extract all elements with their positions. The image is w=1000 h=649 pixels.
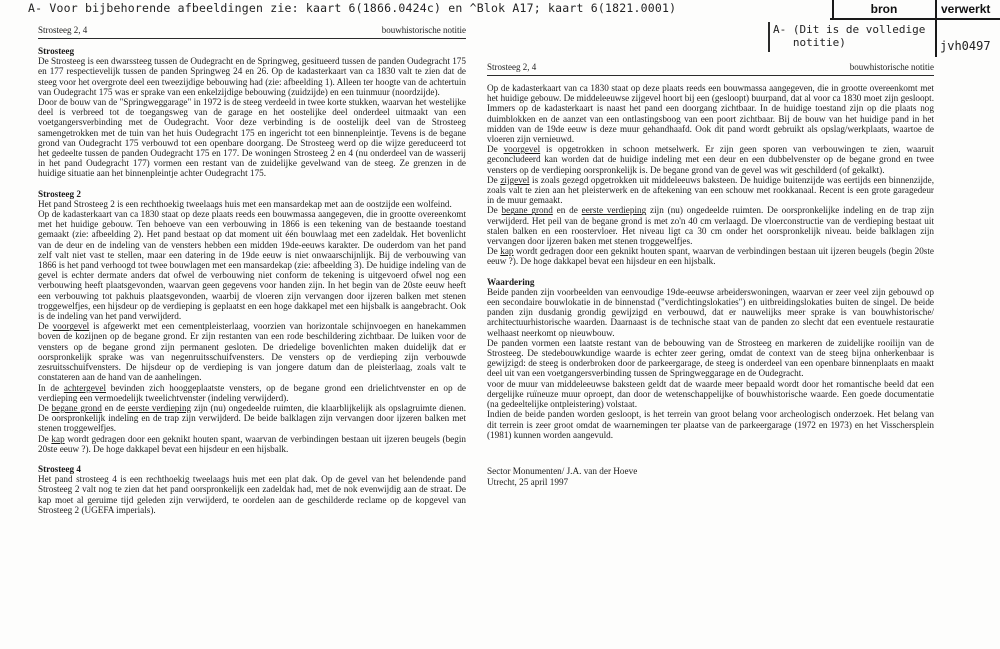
paragraph: Het pand Strosteeg 2 is een rechthoekig …: [38, 199, 466, 209]
stamp-note-line2: notitie): [773, 36, 846, 49]
paragraph: De begane grond en de eerste verdieping …: [38, 403, 466, 434]
paragraph: De panden vormen een laatste restant van…: [487, 338, 934, 379]
paragraph: In de achtergevel bevinden zich hooggepl…: [38, 383, 466, 403]
doc-type-left: bouwhistorische notitie: [382, 25, 466, 35]
paragraph: De kap wordt gedragen door een geknikt h…: [38, 434, 466, 454]
section-heading: Strosteeg: [38, 46, 466, 56]
left-column-body: StrosteegDe Strosteeg is een dwarssteeg …: [38, 46, 466, 515]
paragraph: Op de kadasterkaart van ca 1830 staat op…: [38, 209, 466, 321]
stamp-label-verwerkt: verwerkt: [941, 2, 990, 16]
paragraph: De voorgevel is opgetrokken in schoon me…: [487, 144, 934, 175]
paragraph: Indien de beide panden worden gesloopt, …: [487, 409, 934, 440]
doc-type-right: bouwhistorische notitie: [850, 62, 934, 72]
stamp-label-bron: bron: [834, 2, 934, 16]
paragraph: De voorgevel is afgewerkt met een cement…: [38, 321, 466, 382]
doc-title-right: Strosteeg 2, 4: [487, 62, 536, 72]
signature-date: Utrecht, 25 april 1997: [487, 477, 934, 488]
top-annotation: A- Voor bijbehorende afbeeldingen zie: k…: [28, 1, 676, 15]
signature-block: Sector Monumenten/ J.A. van der Hoeve Ut…: [487, 466, 934, 488]
paragraph: De zijgevel is zoals gezegd opgetrokken …: [487, 175, 934, 206]
paragraph: Het pand strosteeg 4 is een rechthoekig …: [38, 474, 466, 515]
doc-title-left: Strosteeg 2, 4: [38, 25, 87, 35]
section-heading: Waardering: [487, 277, 934, 287]
paragraph: De begane grond en de eerste verdieping …: [487, 205, 934, 246]
stamp-handwritten-note: A- (Dit is de volledige notitie): [773, 23, 925, 49]
stamp-code: jvh0497: [940, 39, 991, 53]
left-column: Strosteeg 2, 4 bouwhistorische notitie S…: [38, 25, 466, 515]
stamp-column-divider: [935, 0, 937, 57]
paragraph: Beide panden zijn voorbeelden van eenvou…: [487, 287, 934, 338]
paragraph: Op de kadasterkaart van ca 1830 staat op…: [487, 83, 934, 144]
scanned-document-page: A- Voor bijbehorende afbeeldingen zie: k…: [0, 0, 1000, 649]
stamp-table: bron verwerkt A- (Dit is de volledige no…: [760, 0, 1000, 64]
right-column: Strosteeg 2, 4 bouwhistorische notitie O…: [487, 62, 934, 488]
pen-bracket-stroke: [768, 22, 770, 52]
stamp-note-line1: A- (Dit is de volledige: [773, 23, 925, 36]
paragraph: De kap wordt gedragen door een geknikt h…: [487, 246, 934, 266]
paragraph: De Strosteeg is een dwarssteeg tussen de…: [38, 56, 466, 97]
right-column-body: Op de kadasterkaart van ca 1830 staat op…: [487, 83, 934, 440]
section-heading: Strosteeg 4: [38, 464, 466, 474]
paragraph: Door de bouw van de "Springweggarage" in…: [38, 97, 466, 179]
section-heading: Strosteeg 2: [38, 189, 466, 199]
paragraph: voor de muur van middeleeuwse baksteen g…: [487, 379, 934, 410]
right-column-header: Strosteeg 2, 4 bouwhistorische notitie: [487, 62, 934, 76]
left-column-header: Strosteeg 2, 4 bouwhistorische notitie: [38, 25, 466, 39]
stamp-header-rule: [830, 18, 1000, 20]
signature-author: Sector Monumenten/ J.A. van der Hoeve: [487, 466, 934, 477]
